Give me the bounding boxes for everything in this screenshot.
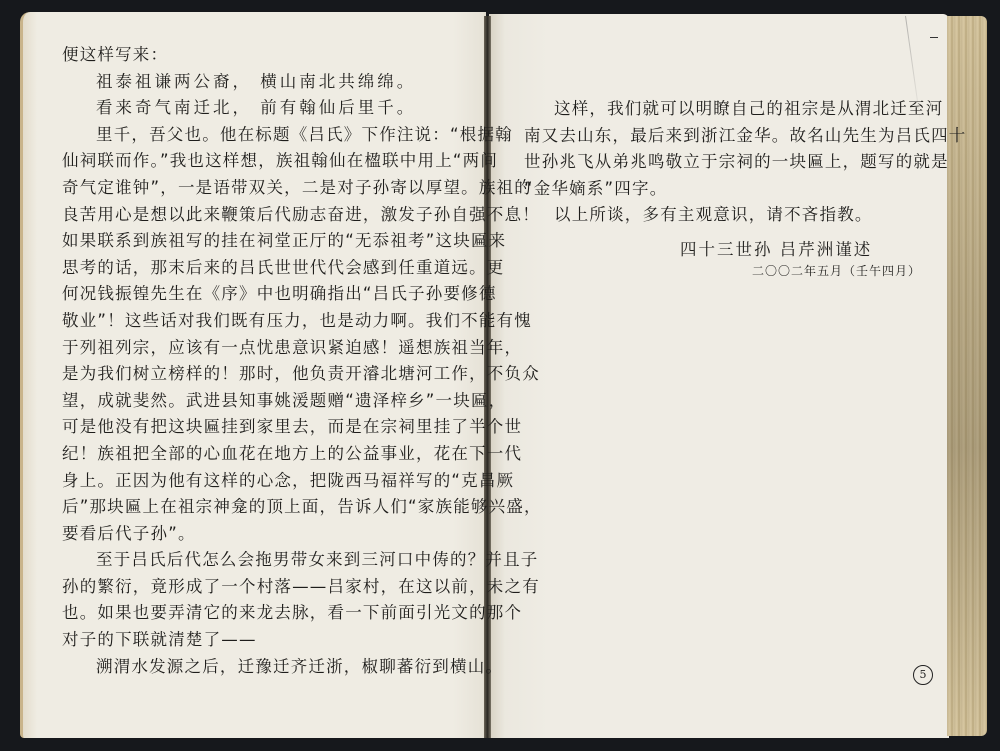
page-edges <box>947 16 987 736</box>
text-line: 对子的下联就清楚了—— <box>62 627 472 654</box>
text-line: 里千，吾父也。他在标题《吕氏》下作注说：“根据翰 <box>62 122 472 149</box>
text-line: 也。如果也要弄清它的来龙去脉，看一下前面引光文的那个 <box>62 600 472 627</box>
text-line: 何况钱振锽先生在《序》中也明确指出“吕氏子孙要修德 <box>62 281 472 308</box>
text-line: 是为我们树立榜样的！那时，他负责开濬北塘河工作，不负众 <box>62 361 472 388</box>
text-line: 以上所谈，多有主观意识，请不吝指教。 <box>524 202 924 229</box>
text-line: 身上。正因为他有这样的心念，把陇西马福祥写的“克昌厥 <box>62 468 472 495</box>
text-line: 仙祠联而作。”我也这样想，族祖翰仙在楹联中用上“两间 <box>62 148 472 175</box>
left-page-text: 便这样写来： 祖泰祖谦两公裔， 横山南北共绵绵。 看来奇气南迁北， 前有翰仙后里… <box>62 42 472 680</box>
open-book: 便这样写来： 祖泰祖谦两公裔， 横山南北共绵绵。 看来奇气南迁北， 前有翰仙后里… <box>0 0 1000 751</box>
text-line: 后”那块匾上在祖宗神龛的顶上面，告诉人们“家族能够兴盛， <box>62 494 472 521</box>
text-line: 南又去山东，最后来到浙江金华。故名山先生为吕氏四十 <box>524 123 924 150</box>
author-signature: 四十三世孙 吕芹洲谨述 <box>680 236 872 260</box>
text-line: “金华嫡系”四字。 <box>524 176 924 203</box>
text-line: 敬业”！这些话对我们既有压力，也是动力啊。我们不能有愧 <box>62 308 472 335</box>
text-line: 奇气定谁钟”，一是语带双关，二是对子孙寄以厚望。族祖的 <box>62 175 472 202</box>
text-line: 望，成就斐然。武进县知事姚湲题赠“遗泽梓乡”一块匾， <box>62 388 472 415</box>
text-line: 纪！族祖把全部的心血花在地方上的公益事业，花在下一代 <box>62 441 472 468</box>
text-line: 思考的话，那末后来的吕氏世世代代会感到任重道远。更 <box>62 255 472 282</box>
text-line: 便这样写来： <box>62 42 472 69</box>
text-line: 可是他没有把这块匾挂到家里去，而是在宗祠里挂了半个世 <box>62 414 472 441</box>
text-line: 这样，我们就可以明瞭自己的祖宗是从渭北迁至河 <box>524 96 924 123</box>
text-line: 如果联系到族祖写的挂在祠堂正厅的“无忝祖考”这块匾来 <box>62 228 472 255</box>
text-line: 孙的繁衍，竟形成了一个村落——吕家村，在这以前，未之有 <box>62 574 472 601</box>
text-line: 至于吕氏后代怎么会拖男带女来到三河口中俦的？并且子 <box>62 547 472 574</box>
signature-date: 二〇〇二年五月（壬午四月） <box>752 262 921 279</box>
page-number: 5 <box>913 665 933 685</box>
pencil-mark <box>930 37 938 38</box>
poem-line: 祖泰祖谦两公裔， 横山南北共绵绵。 <box>62 69 472 96</box>
poem-line: 看来奇气南迁北， 前有翰仙后里千。 <box>62 95 472 122</box>
text-line: 要看后代子孙”。 <box>62 521 472 548</box>
right-page-text: 这样，我们就可以明瞭自己的祖宗是从渭北迁至河 南又去山东，最后来到浙江金华。故名… <box>524 96 924 229</box>
text-line: 溯渭水发源之后，迁豫迁齐迁浙，椒聊蕃衍到横山。 <box>62 654 472 681</box>
text-line: 良苦用心是想以此来鞭策后代励志奋进，激发子孙自强不息！ <box>62 202 472 229</box>
text-line: 于列祖列宗，应该有一点忧患意识紧迫感！遥想族祖当年， <box>62 335 472 362</box>
text-line: 世孙兆飞从弟兆鸣敬立于宗祠的一块匾上，题写的就是 <box>524 149 924 176</box>
